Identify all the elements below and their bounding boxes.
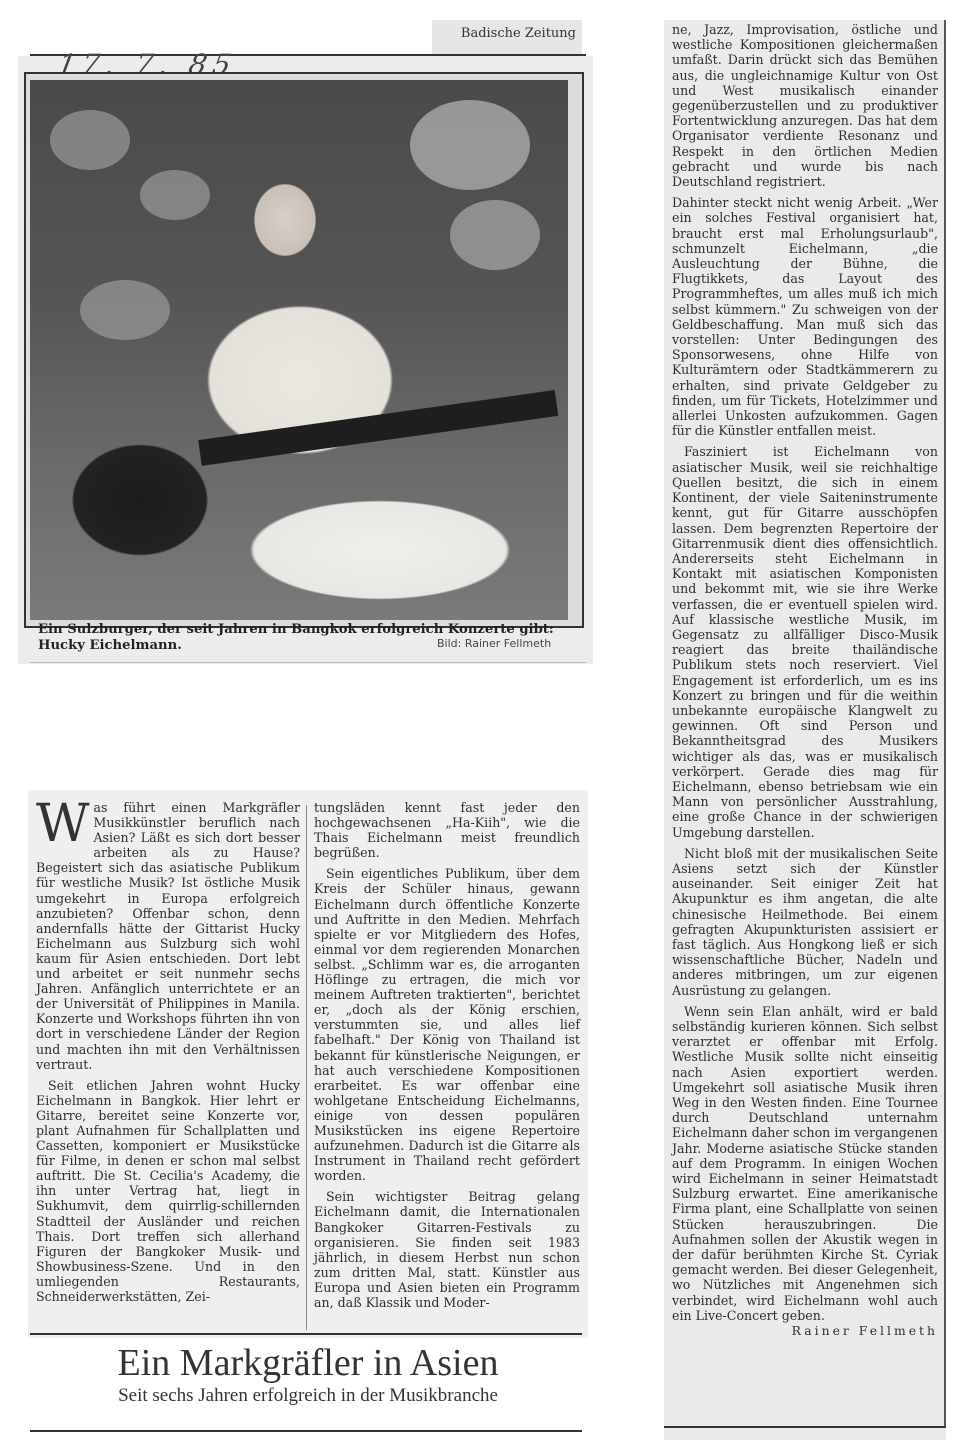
paragraph: ne, Jazz, Improvisation, östliche und we…: [672, 22, 938, 189]
paragraph: Sein eigentliches Publikum, über dem Kre…: [314, 866, 580, 1183]
headline-top-rule: [30, 1333, 582, 1335]
right-border: [944, 20, 946, 1428]
article-column-3: ne, Jazz, Improvisation, östliche und we…: [672, 22, 938, 1338]
headline-bottom-rule: [30, 1430, 582, 1432]
article-photo: [30, 80, 568, 620]
paragraph: Fasziniert ist Eichelmann von asiatische…: [672, 444, 938, 839]
headline: Ein Markgräfler in Asien: [30, 1342, 586, 1384]
paragraph: Nicht bloß mit der musikalischen Seite A…: [672, 846, 938, 998]
photo-credit: Bild: Rainer Fellmeth: [437, 637, 551, 650]
caption-rule: [30, 662, 586, 663]
guitar-neck: [198, 390, 558, 466]
subheadline: Seit sechs Jahren erfolgreich in der Mus…: [30, 1384, 586, 1408]
drop-cap: W: [36, 802, 89, 846]
paragraph: Sein wichtigster Beitrag gelang Eichelma…: [314, 1189, 580, 1310]
foliage: [80, 280, 170, 340]
paragraph: Was führt einen Markgräfler Musikkünstle…: [36, 800, 300, 1072]
headline-block: Ein Markgräfler in Asien Seit sechs Jahr…: [30, 1342, 586, 1408]
column-divider: [306, 805, 307, 1330]
foliage: [410, 100, 530, 190]
paragraph: Wenn sein Elan anhält, wird er bald selb…: [672, 1004, 938, 1323]
right-bottom-rule: [664, 1426, 946, 1428]
foliage: [50, 110, 130, 170]
newspaper-name: Badische Zeitung: [461, 26, 576, 41]
foliage: [140, 170, 210, 220]
newspaper-masthead: Badische Zeitung: [432, 20, 582, 54]
foliage: [450, 200, 540, 270]
article-author: Rainer Fellmeth: [672, 1323, 938, 1338]
paragraph: tungsläden kennt fast jeder den hochgewa…: [314, 800, 580, 860]
paragraph: Dahinter steckt nicht wenig Arbeit. „Wer…: [672, 195, 938, 438]
paragraph: Seit etlichen Jahren wohnt Hucky Eichelm…: [36, 1078, 300, 1304]
article-column-1: Was führt einen Markgräfler Musikkünstle…: [36, 800, 300, 1310]
article-column-2: tungsläden kennt fast jeder den hochgewa…: [314, 800, 580, 1316]
